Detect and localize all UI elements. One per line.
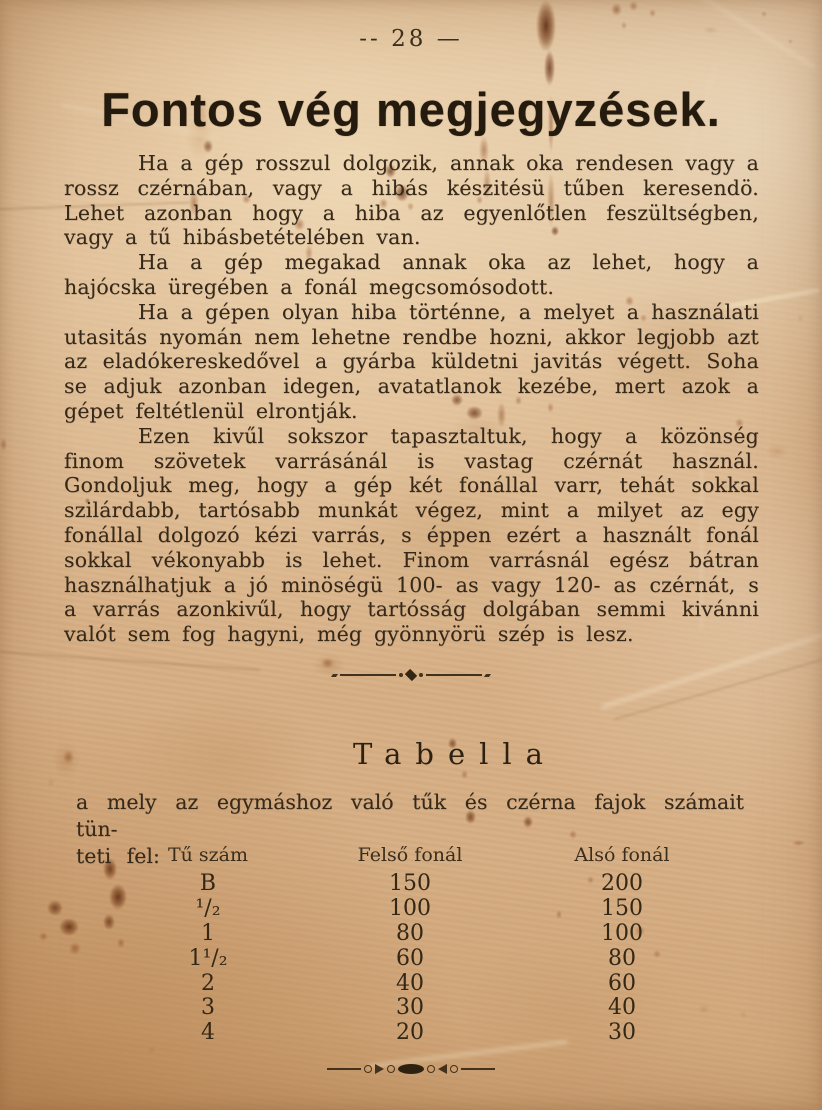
page-number: -- 28 — — [0, 26, 822, 52]
ink-stain-spot — [611, 3, 622, 16]
cell-upper-thread: 60 — [296, 946, 524, 971]
table-row: ¹/₂ 100 150 — [120, 896, 720, 921]
ink-stain-spot — [0, 438, 7, 451]
ink-stain-spot — [47, 900, 63, 916]
ink-stain-spot — [321, 658, 334, 668]
cell-lower-thread: 60 — [524, 971, 720, 996]
cell-needle-number: B — [120, 871, 296, 896]
cell-lower-thread: 200 — [524, 871, 720, 896]
page-title: Fontos vég megjegyzések. — [0, 82, 822, 137]
ink-stain-spot — [47, 778, 55, 787]
cell-lower-thread: 30 — [524, 1020, 720, 1045]
cell-lower-thread: 80 — [524, 946, 720, 971]
cell-lower-thread: 40 — [524, 995, 720, 1020]
ornament-tick — [331, 674, 338, 677]
body-paragraph: Ha a gép megakad annak oka az lehet, hog… — [64, 250, 759, 300]
cell-upper-thread: 20 — [296, 1020, 524, 1045]
paper-crease — [0, 651, 260, 671]
ornament-line — [426, 674, 482, 676]
ornament-center-diamond — [398, 1064, 424, 1074]
ornament-dot — [419, 673, 423, 677]
ink-stain-spot — [544, 50, 555, 86]
body-paragraph: Ezen kivűl sokszor tapasztaltuk, hogy a … — [64, 424, 759, 647]
ink-stain-spot — [103, 914, 115, 930]
table-header-row: Tű szám Felső fonál Alsó fonál — [120, 839, 720, 871]
ornament-line — [327, 1068, 361, 1070]
cell-upper-thread: 30 — [296, 995, 524, 1020]
table-row: 1¹/₂ 60 80 — [120, 946, 720, 971]
cell-needle-number: 1¹/₂ — [120, 946, 296, 971]
cell-upper-thread: 100 — [296, 896, 524, 921]
ink-stain-spot — [629, 1, 638, 11]
ink-stain-spot — [761, 11, 767, 17]
ornament-ring — [387, 1065, 395, 1073]
cell-needle-number: 3 — [120, 995, 296, 1020]
cell-upper-thread: 40 — [296, 971, 524, 996]
needle-thread-table: Tű szám Felső fonál Alsó fonál B 150 200… — [120, 839, 720, 1045]
cell-needle-number: 4 — [120, 1020, 296, 1045]
table-row: 4 20 30 — [120, 1020, 720, 1045]
body-paragraph: Ha a gép rosszul dolgozik, annak oka ren… — [64, 151, 759, 250]
body-paragraph: Ha a gépen olyan hiba történne, a melyet… — [64, 300, 759, 424]
ornament-ring — [364, 1065, 372, 1073]
ornament-line — [461, 1068, 495, 1070]
ink-stain-spot — [739, 1010, 748, 1019]
end-ornament — [0, 1064, 822, 1074]
table-row: 1 80 100 — [120, 921, 720, 946]
ornament-diamond — [405, 669, 417, 681]
ink-stain-spot — [148, 1046, 156, 1054]
cell-upper-thread: 150 — [296, 871, 524, 896]
ink-stain-spot — [766, 444, 788, 459]
ink-stain-spot — [797, 315, 804, 322]
ornament-ring — [427, 1065, 435, 1073]
cell-lower-thread: 150 — [524, 896, 720, 921]
tabella-intro-line: a mely az egymáshoz való tűk és czérna f… — [76, 789, 744, 843]
tabella-heading: Tabella — [44, 737, 822, 771]
ink-stain-spot — [461, 770, 468, 779]
column-header-upper-thread: Felső fonál — [296, 844, 524, 866]
section-divider-ornament — [0, 670, 822, 680]
paper-crease — [614, 658, 822, 721]
ink-stain-spot — [649, 9, 656, 17]
body-text-block: Ha a gép rosszul dolgozik, annak oka ren… — [64, 151, 759, 647]
cell-needle-number: 1 — [120, 921, 296, 946]
table-row: 3 30 40 — [120, 995, 720, 1020]
ink-stain-spot — [792, 840, 805, 846]
cell-needle-number: ¹/₂ — [120, 896, 296, 921]
table-row: B 150 200 — [120, 871, 720, 896]
ornament-loop — [375, 1064, 384, 1074]
ornament-ring — [450, 1065, 458, 1073]
ornament-dot — [399, 673, 403, 677]
cell-needle-number: 2 — [120, 971, 296, 996]
ink-stain-spot — [69, 942, 81, 955]
ornament-line — [340, 674, 396, 676]
ink-stain-spot — [39, 932, 48, 941]
scanned-manual-page: -- 28 — Fontos vég megjegyzések. Ha a gé… — [0, 0, 822, 1110]
cell-upper-thread: 80 — [296, 921, 524, 946]
column-header-needle-number: Tű szám — [120, 844, 296, 866]
ornament-tick — [484, 674, 491, 677]
table-row: 2 40 60 — [120, 971, 720, 996]
ink-stain-spot — [59, 918, 79, 936]
cell-lower-thread: 100 — [524, 921, 720, 946]
column-header-lower-thread: Alsó fonál — [524, 844, 720, 866]
ornament-loop — [438, 1064, 447, 1074]
